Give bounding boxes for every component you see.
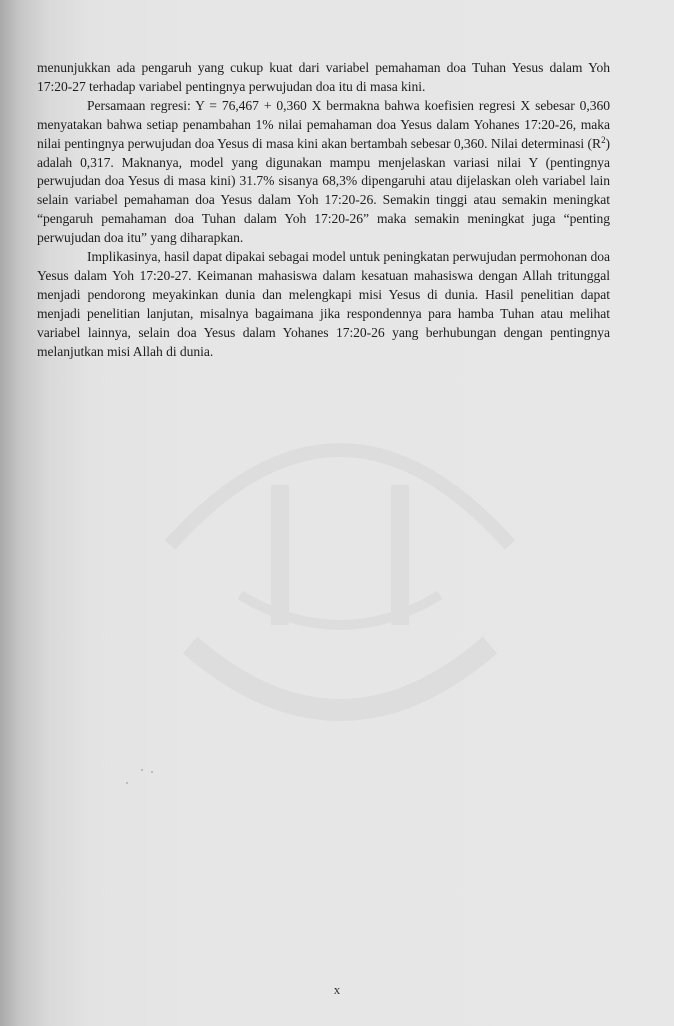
paragraph-text: Persamaan regresi: Y = 76,467 + 0,360 X … bbox=[37, 98, 610, 151]
paragraph-regression-equation: Persamaan regresi: Y = 76,467 + 0,360 X … bbox=[37, 97, 610, 248]
document-page: menunjukkan ada pengaruh yang cukup kuat… bbox=[0, 0, 674, 1026]
paragraph-regression-conclusion: menunjukkan ada pengaruh yang cukup kuat… bbox=[37, 59, 610, 97]
scan-speck bbox=[151, 771, 153, 773]
page-number: x bbox=[0, 982, 674, 998]
document-body: menunjukkan ada pengaruh yang cukup kuat… bbox=[37, 59, 610, 362]
scan-speck bbox=[126, 782, 128, 784]
scan-speck bbox=[141, 769, 143, 771]
paragraph-implications: Implikasinya, hasil dapat dipakai sebaga… bbox=[37, 248, 610, 361]
paragraph-text: ) adalah 0,317. Maknanya, model yang dig… bbox=[37, 136, 610, 246]
seal-watermark-icon bbox=[130, 395, 550, 755]
